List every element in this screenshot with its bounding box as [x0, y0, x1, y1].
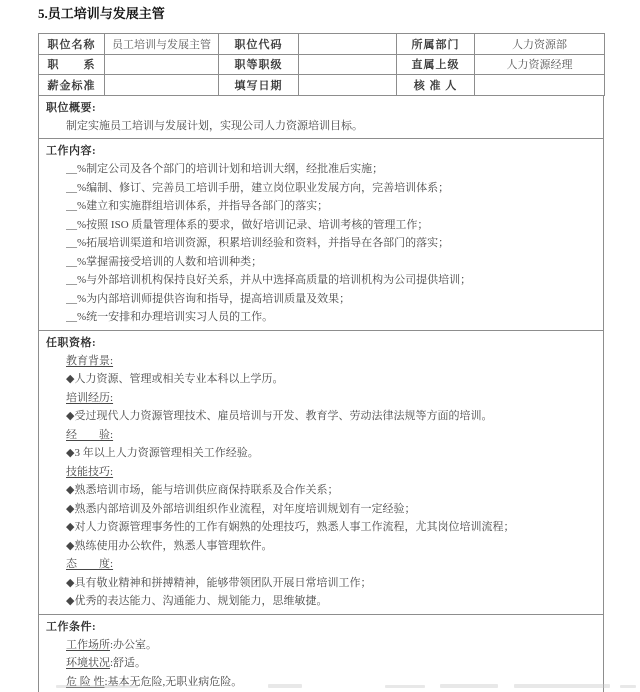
skills-label: 技能技巧: — [66, 463, 603, 482]
duty-item: __%拓展培训渠道和培训资源，积累培训经验和资料，并指导在各部门的落实； — [66, 234, 603, 253]
attitude-label: 态 度: — [66, 555, 603, 574]
education-label: 教育背景: — [66, 352, 603, 371]
attitude-label-text: 态 度: — [66, 558, 113, 570]
duty-item: __%与外部培训机构保持良好关系，并从中选择高质量的培训机构为公司提供培训； — [66, 271, 603, 290]
department-value: 人力资源部 — [475, 34, 605, 55]
education-label-text: 教育背景: — [66, 355, 113, 367]
page-title: 5.员工培训与发展主管 — [38, 6, 640, 22]
skills-item: ◆熟悉内部培训及外部培训组织作业流程，对年度培训规划有一定经验； — [66, 500, 603, 519]
education-item: ◆人力资源、管理或相关专业本科以上学历。 — [66, 370, 603, 389]
training-history-label: 培训经历: — [66, 389, 603, 408]
table-row: 薪金标准 填写日期 核 准 人 — [39, 75, 605, 96]
experience-label-text: 经 验: — [66, 429, 113, 441]
work-content-heading: 工作内容: — [46, 143, 603, 160]
salary-standard-value — [105, 75, 219, 96]
workplace-row: 工作场所:办公室。 — [66, 636, 603, 655]
content-box: 职位概要: 制定实施员工培训与发展计划，实现公司人力资源培训目标。 工作内容: … — [38, 96, 604, 692]
work-conditions-section: 工作条件: 工作场所:办公室。 环境状况:舒适。 危 险 性:基本无危险,无职业… — [39, 614, 603, 692]
fill-date-value — [299, 75, 397, 96]
direct-superior-label: 直属上级 — [397, 54, 475, 75]
qualifications-section: 任职资格: 教育背景: ◆人力资源、管理或相关专业本科以上学历。 培训经历: ◆… — [39, 330, 603, 614]
duty-item: __%为内部培训师提供咨询和指导，提高培训质量及效果； — [66, 290, 603, 309]
skills-label-text: 技能技巧: — [66, 466, 113, 478]
approver-label: 核 准 人 — [397, 75, 475, 96]
duty-item: __%编制、修订、完善员工培训手册，建立岗位职业发展方向，完善培训体系； — [66, 179, 603, 198]
salary-standard-label: 薪金标准 — [39, 75, 105, 96]
scanned-job-description-page: { "title": "5.员工培训与发展主管", "header_table"… — [0, 0, 640, 692]
approver-value — [475, 75, 605, 96]
work-conditions-heading: 工作条件: — [46, 619, 603, 636]
position-name-label: 职位名称 — [39, 34, 105, 55]
job-family-value — [105, 54, 219, 75]
attitude-item: ◆优秀的表达能力、沟通能力、规划能力，思维敏捷。 — [66, 592, 603, 611]
training-history-item: ◆受过现代人力资源管理技术、雇员培训与开发、教育学、劳动法律法规等方面的培训。 — [66, 407, 603, 426]
table-row: 职 系 职等职级 直属上级 人力资源经理 — [39, 54, 605, 75]
direct-superior-value: 人力资源经理 — [475, 54, 605, 75]
workplace-value: :办公室。 — [110, 639, 157, 651]
department-label: 所属部门 — [397, 34, 475, 55]
job-grade-label: 职等职级 — [219, 54, 299, 75]
risk-row: 危 险 性:基本无危险,无职业病危险。 — [66, 673, 603, 692]
job-description-document: 职位名称 员工培训与发展主管 职位代码 所属部门 人力资源部 职 系 职等职级 … — [38, 33, 604, 692]
position-name-value: 员工培训与发展主管 — [105, 34, 219, 55]
skills-item: ◆对人力资源管理事务性的工作有娴熟的处理技巧，熟悉人事工作流程，尤其岗位培训流程… — [66, 518, 603, 537]
position-code-value — [299, 34, 397, 55]
environment-label: 环境状况 — [66, 657, 110, 669]
position-code-label: 职位代码 — [219, 34, 299, 55]
environment-row: 环境状况:舒适。 — [66, 654, 603, 673]
fill-date-label: 填写日期 — [219, 75, 299, 96]
table-row: 职位名称 员工培训与发展主管 职位代码 所属部门 人力资源部 — [39, 34, 605, 55]
skills-item: ◆熟练使用办公软件，熟悉人事管理软件。 — [66, 537, 603, 556]
attitude-item: ◆具有敬业精神和拼搏精神，能够带领团队开展日常培训工作； — [66, 574, 603, 593]
job-family-label: 职 系 — [39, 54, 105, 75]
duty-item: __%按照 ISO 质量管理体系的要求，做好培训记录、培训考核的管理工作； — [66, 216, 603, 235]
training-history-label-text: 培训经历: — [66, 392, 113, 404]
environment-value: :舒适。 — [110, 657, 146, 669]
work-content-section: 工作内容: __%制定公司及各个部门的培训计划和培训大纲，经批准后实施； __%… — [39, 138, 603, 330]
job-summary-text: 制定实施员工培训与发展计划，实现公司人力资源培训目标。 — [66, 117, 603, 136]
job-summary-heading: 职位概要: — [46, 100, 603, 117]
duty-item: __%建立和实施群组培训体系，并指导各部门的落实； — [66, 197, 603, 216]
qualifications-heading: 任职资格: — [46, 335, 603, 352]
experience-label: 经 验: — [66, 426, 603, 445]
job-grade-value — [299, 54, 397, 75]
duty-item: __%掌握需接受培训的人数和培训种类； — [66, 253, 603, 272]
skills-item: ◆熟悉培训市场，能与培训供应商保持联系及合作关系； — [66, 481, 603, 500]
header-info-table: 职位名称 员工培训与发展主管 职位代码 所属部门 人力资源部 职 系 职等职级 … — [38, 33, 605, 96]
experience-item: ◆3 年以上人力资源管理相关工作经验。 — [66, 444, 603, 463]
workplace-label: 工作场所 — [66, 639, 110, 651]
duty-item: __%统一安排和办理培训实习人员的工作。 — [66, 308, 603, 327]
duty-item: __%制定公司及各个部门的培训计划和培训大纲，经批准后实施； — [66, 160, 603, 179]
job-summary-section: 职位概要: 制定实施员工培训与发展计划，实现公司人力资源培训目标。 — [39, 96, 603, 139]
